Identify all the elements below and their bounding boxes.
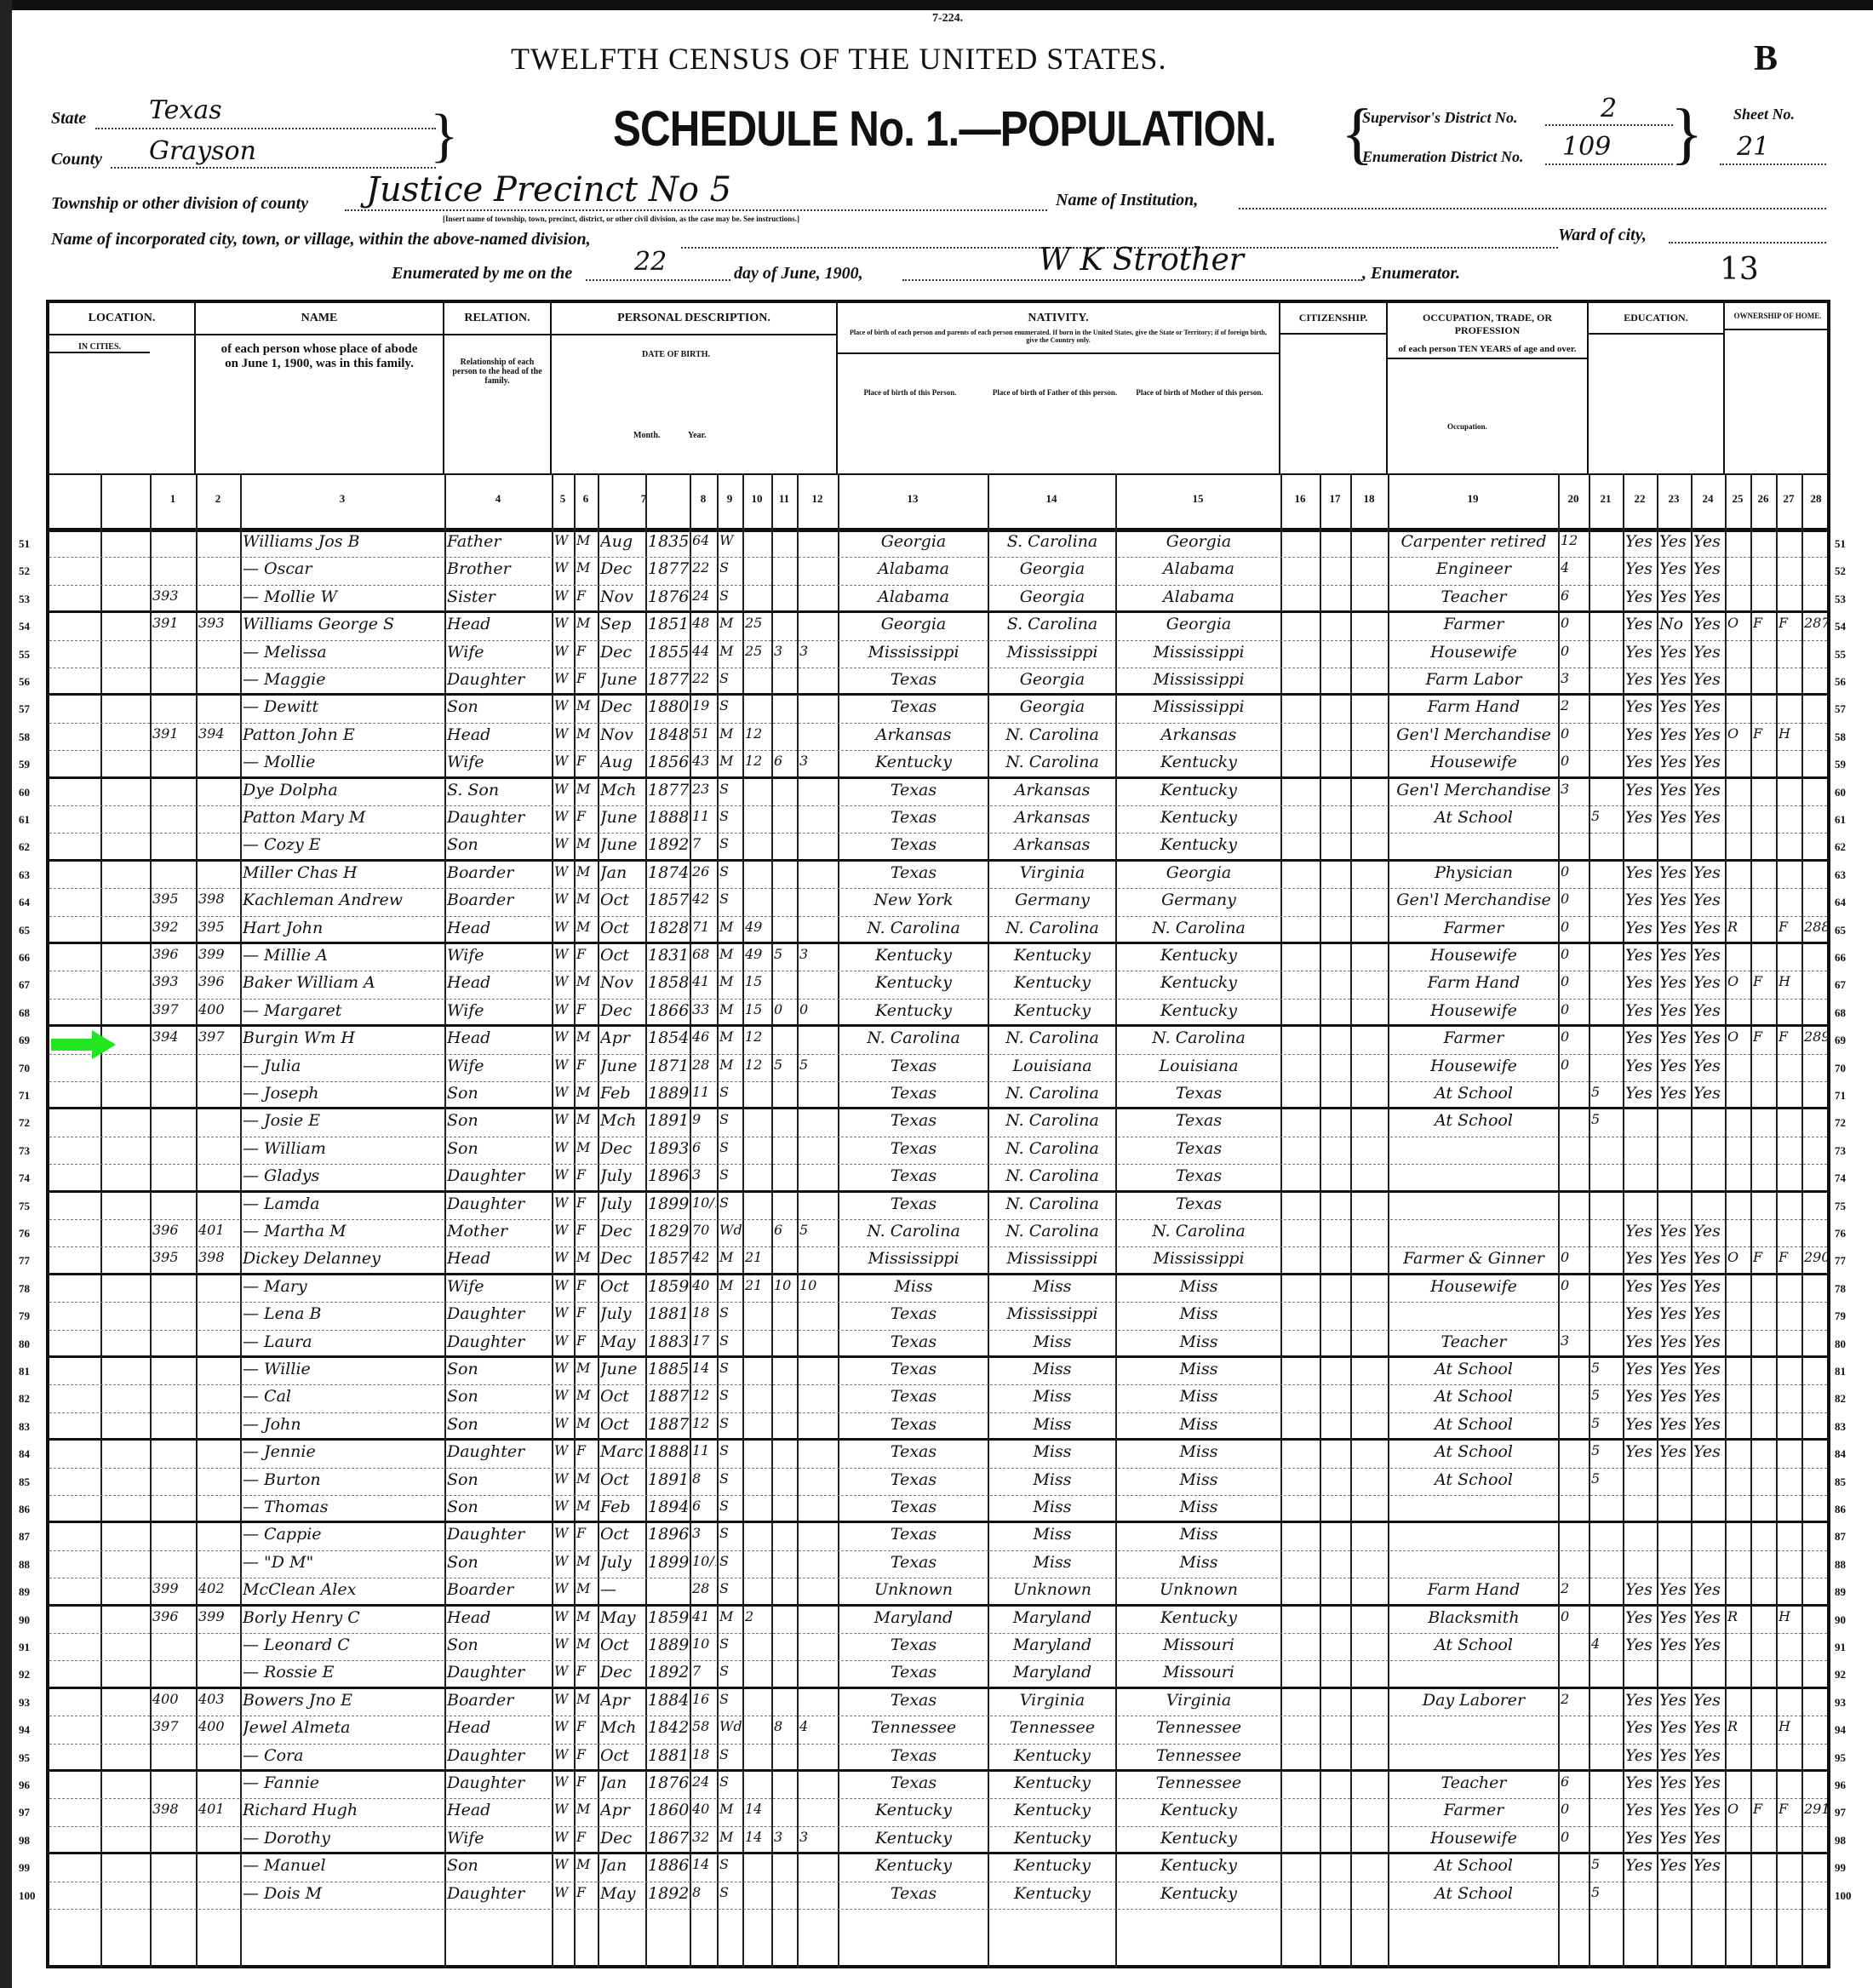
- line-number: 68: [1835, 1006, 1846, 1020]
- cell-year: 1894: [648, 1498, 689, 1516]
- line-number: 81: [19, 1365, 30, 1378]
- cell-months-unemp: 12: [1561, 532, 1588, 548]
- cell-schedule: 290: [1804, 1249, 1830, 1265]
- cell-color: W: [554, 1553, 573, 1569]
- cell-month: Apr: [600, 1691, 644, 1710]
- line-number: 69: [19, 1034, 30, 1047]
- line-number: 74: [19, 1172, 30, 1185]
- line-number: 60: [19, 786, 30, 799]
- schedule-title: SCHEDULE No. 1.—POPULATION.: [613, 100, 1276, 158]
- cell-sex: M: [576, 919, 597, 935]
- cell-write: Yes: [1659, 1222, 1690, 1240]
- cell-month: Feb: [600, 1498, 644, 1516]
- cell-mother-birth: Miss: [1118, 1332, 1280, 1351]
- cell-months-unemp: 0: [1561, 891, 1588, 907]
- cell-name: Williams Jos B: [243, 532, 444, 551]
- line-number: 97: [1835, 1806, 1846, 1819]
- line-number: 89: [19, 1585, 30, 1599]
- cell-month: Dec: [600, 1139, 644, 1158]
- cell-family: 398: [198, 891, 239, 907]
- cell-occupation: Physician: [1390, 863, 1557, 882]
- cell-read: Yes: [1625, 1580, 1656, 1599]
- cell-write: Yes: [1659, 1856, 1690, 1875]
- cell-sex: F: [576, 1773, 597, 1790]
- cell-birth: Texas: [840, 1663, 987, 1681]
- cell-month: Oct: [600, 1746, 644, 1765]
- cell-marital: M: [719, 1801, 742, 1817]
- cell-marital: M: [719, 1028, 742, 1045]
- cell-age: 9: [692, 1111, 716, 1127]
- cell-yrs-married: 14: [745, 1829, 770, 1845]
- cell-age: 8: [692, 1470, 716, 1487]
- cell-mother-birth: Mississippi: [1118, 1249, 1280, 1268]
- cell-read: Yes: [1625, 1028, 1656, 1047]
- cell-father-birth: Kentucky: [990, 1856, 1114, 1875]
- line-number: 89: [1835, 1585, 1846, 1599]
- cell-sex: M: [576, 1470, 597, 1487]
- cell-marital: S: [719, 670, 742, 686]
- cell-name: — Maggie: [243, 670, 444, 689]
- cell-month: Jan: [600, 1773, 644, 1792]
- cell-read: Yes: [1625, 1084, 1656, 1103]
- cell-occupation: At School: [1390, 1111, 1557, 1130]
- cell-read: Yes: [1625, 697, 1656, 716]
- cell-father-birth: N. Carolina: [990, 1111, 1114, 1130]
- cell-sex: M: [576, 1111, 597, 1127]
- cell-yrs-married: 25: [745, 615, 770, 631]
- cell-free: F: [1753, 973, 1775, 989]
- cell-english: Yes: [1693, 1773, 1724, 1792]
- cell-occupation: Housewife: [1390, 753, 1557, 771]
- table-row: — JohnSonWMOct188712STexasMissMissAt Sch…: [49, 1413, 1827, 1441]
- cell-birth: Texas: [840, 1111, 987, 1130]
- supervisor-value: 2: [1601, 94, 1617, 123]
- enumerator-label: , Enumerator.: [1362, 264, 1460, 284]
- line-number: 54: [1835, 620, 1846, 633]
- column-number: 9: [717, 492, 742, 506]
- cell-father-birth: Miss: [990, 1277, 1114, 1296]
- cell-write: Yes: [1659, 1691, 1690, 1710]
- cell-month: Oct: [600, 946, 644, 965]
- cell-mother-birth: Louisiana: [1118, 1057, 1280, 1075]
- cell-birth: Texas: [840, 1415, 987, 1434]
- cell-living: 3: [799, 753, 837, 769]
- cell-marital: M: [719, 1277, 742, 1293]
- cell-mother-birth: Georgia: [1118, 863, 1280, 882]
- table-row: — GladysDaughterWFJuly18963STexasN. Caro…: [49, 1165, 1827, 1192]
- cell-relation: Head: [447, 1608, 551, 1627]
- cell-farm: F: [1778, 1249, 1801, 1265]
- cell-name: — Lena B: [243, 1304, 444, 1323]
- cell-sex: F: [576, 643, 597, 659]
- cell-name: Hart John: [243, 919, 444, 937]
- cell-name: — Rossie E: [243, 1663, 444, 1681]
- line-number: 94: [1835, 1723, 1846, 1737]
- cell-month: June: [600, 808, 644, 827]
- cell-english: Yes: [1693, 1608, 1724, 1627]
- census-table: LOCATION. IN CITIES. NAME of each person…: [46, 300, 1830, 1968]
- cell-living: 3: [799, 946, 837, 962]
- cell-year: 1842: [648, 1718, 689, 1737]
- cell-mother-birth: Miss: [1118, 1525, 1280, 1544]
- cell-year: 1877: [648, 559, 689, 578]
- cell-relation: Son: [447, 1387, 551, 1406]
- cell-yrs-married: 49: [745, 946, 770, 962]
- cell-read: Yes: [1625, 1277, 1656, 1296]
- cell-write: Yes: [1659, 1442, 1690, 1461]
- cell-color: W: [554, 1166, 573, 1183]
- cell-month: June: [600, 1360, 644, 1378]
- cell-occupation: Housewife: [1390, 1829, 1557, 1848]
- cell-month: Oct: [600, 1525, 644, 1544]
- cell-english: Yes: [1693, 973, 1724, 992]
- cell-read: Yes: [1625, 532, 1656, 551]
- cell-occupation: Housewife: [1390, 946, 1557, 965]
- table-row: — CoraDaughterWFOct188118STexasKentuckyT…: [49, 1745, 1827, 1772]
- cell-occupation: Farmer: [1390, 919, 1557, 937]
- cell-month: Dec: [600, 1663, 644, 1681]
- cell-marital: S: [719, 1580, 742, 1596]
- cell-birth: Texas: [840, 1470, 987, 1489]
- cell-marital: S: [719, 1195, 742, 1211]
- cell-year: 1831: [648, 946, 689, 965]
- line-number: 51: [1835, 537, 1846, 551]
- cell-birth: Texas: [840, 835, 987, 854]
- cell-father-birth: N. Carolina: [990, 753, 1114, 771]
- cell-relation: Boarder: [447, 891, 551, 909]
- cell-occupation: Housewife: [1390, 1277, 1557, 1296]
- cell-name: — Manuel: [243, 1856, 444, 1875]
- column-number: 18: [1350, 492, 1388, 506]
- cell-english: Yes: [1693, 1360, 1724, 1378]
- cell-name: — Josie E: [243, 1111, 444, 1130]
- cell-school: 5: [1591, 1884, 1622, 1900]
- cell-birth: N. Carolina: [840, 1222, 987, 1240]
- cell-father-birth: Maryland: [990, 1636, 1114, 1654]
- city-label: Name of incorporated city, town, or vill…: [51, 230, 591, 249]
- cell-months-unemp: 0: [1561, 973, 1588, 989]
- column-number: 15: [1115, 492, 1280, 506]
- cell-free: F: [1753, 615, 1775, 631]
- cell-english: Yes: [1693, 1057, 1724, 1075]
- cell-year: 1857: [648, 891, 689, 909]
- cell-farm: F: [1778, 919, 1801, 935]
- cell-age: 14: [692, 1360, 716, 1376]
- cell-months-unemp: 3: [1561, 670, 1588, 686]
- cell-relation: Head: [447, 1801, 551, 1819]
- cell-age: 11: [692, 1084, 716, 1100]
- table-row: — DorothyWifeWFDec186732M1433KentuckyKen…: [49, 1827, 1827, 1854]
- line-number: 53: [1835, 593, 1846, 606]
- line-number: 52: [1835, 564, 1846, 578]
- cell-dwelling: 397: [152, 1718, 195, 1734]
- cell-months-unemp: 0: [1561, 946, 1588, 962]
- cell-write: Yes: [1659, 891, 1690, 909]
- cell-mother-birth: Alabama: [1118, 559, 1280, 578]
- table-row: — WillieSonWMJune188514STexasMissMissAt …: [49, 1358, 1827, 1385]
- column-number: 14: [988, 492, 1115, 506]
- cell-year: 1896: [648, 1525, 689, 1544]
- cell-birth: Texas: [840, 1498, 987, 1516]
- cell-read: Yes: [1625, 643, 1656, 662]
- cell-read: Yes: [1625, 891, 1656, 909]
- cell-month: Jan: [600, 1856, 644, 1875]
- cell-marital: S: [719, 891, 742, 907]
- cell-sex: M: [576, 863, 597, 879]
- cell-age: 7: [692, 1663, 716, 1679]
- cell-sex: M: [576, 725, 597, 742]
- cell-write: Yes: [1659, 1084, 1690, 1103]
- cell-color: W: [554, 1415, 573, 1431]
- cell-yrs-married: 15: [745, 1001, 770, 1017]
- table-row: 397400Jewel AlmetaHeadWFMch184258Wd84Ten…: [49, 1716, 1827, 1744]
- cell-year: 1858: [648, 973, 689, 992]
- cell-read: Yes: [1625, 808, 1656, 827]
- cell-year: 1860: [648, 1801, 689, 1819]
- cell-father-birth: N. Carolina: [990, 1222, 1114, 1240]
- cell-year: 1892: [648, 835, 689, 854]
- cell-year: 1892: [648, 1884, 689, 1903]
- column-number: 19: [1388, 492, 1558, 506]
- table-row: — OscarBrotherWMDec187722SAlabamaGeorgia…: [49, 558, 1827, 585]
- cell-mother-birth: Tennessee: [1118, 1718, 1280, 1737]
- cell-month: Oct: [600, 1387, 644, 1406]
- cell-color: W: [554, 1773, 573, 1790]
- line-number: 63: [1835, 868, 1846, 882]
- cell-write: Yes: [1659, 1746, 1690, 1765]
- cell-name: — Lamda: [243, 1195, 444, 1213]
- cell-school: 5: [1591, 1470, 1622, 1487]
- cell-name: — "D M": [243, 1553, 444, 1572]
- cell-age: 24: [692, 1773, 716, 1790]
- table-row: 396401— Martha MMotherWFDec182970Wd65N. …: [49, 1220, 1827, 1247]
- table-row: — Cozy ESonWMJune18927STexasArkansasKent…: [49, 834, 1827, 861]
- cell-yrs-married: 21: [745, 1277, 770, 1293]
- cell-birth: Arkansas: [840, 725, 987, 744]
- cell-sex: F: [576, 1057, 597, 1073]
- cell-schedule: 287: [1804, 615, 1830, 631]
- cell-english: Yes: [1693, 532, 1724, 551]
- cell-marital: S: [719, 1332, 742, 1349]
- cell-year: 1899: [648, 1195, 689, 1213]
- census-title: TWELFTH CENSUS OF THE UNITED STATES.: [511, 41, 1166, 77]
- cell-father-birth: S. Carolina: [990, 532, 1114, 551]
- cell-english: Yes: [1693, 559, 1724, 578]
- line-number: 68: [19, 1006, 30, 1020]
- cell-yrs-married: 49: [745, 919, 770, 935]
- sheet-line: [1720, 163, 1826, 165]
- cell-sex: M: [576, 697, 597, 713]
- cell-month: Oct: [600, 1636, 644, 1654]
- cell-relation: Daughter: [447, 1773, 551, 1792]
- cell-sex: M: [576, 1360, 597, 1376]
- cell-age: 64: [692, 532, 716, 548]
- table-row: Patton Mary MDaughterWFJune188811STexasA…: [49, 806, 1827, 834]
- cell-sex: M: [576, 1415, 597, 1431]
- cell-relation: Son: [447, 1636, 551, 1654]
- cell-year: 1876: [648, 587, 689, 606]
- cell-name: — Dois M: [243, 1884, 444, 1903]
- cell-mother-birth: Kentucky: [1118, 1801, 1280, 1819]
- cell-mother-birth: Miss: [1118, 1470, 1280, 1489]
- cell-name: — Cappie: [243, 1525, 444, 1544]
- cell-name: — Cal: [243, 1387, 444, 1406]
- cell-color: W: [554, 1718, 573, 1734]
- table-row: 391393Williams George SHeadWMSep185148M2…: [49, 613, 1827, 640]
- column-number: 10: [742, 492, 771, 506]
- cell-name: Bowers Jno E: [243, 1691, 444, 1710]
- cell-year: 1859: [648, 1277, 689, 1296]
- cell-marital: S: [719, 697, 742, 713]
- cell-birth: Texas: [840, 1691, 987, 1710]
- cell-month: Oct: [600, 1415, 644, 1434]
- cell-month: Aug: [600, 532, 644, 551]
- cell-sex: F: [576, 1277, 597, 1293]
- table-row: 393396Baker William AHeadWMNov185841M15K…: [49, 971, 1827, 999]
- cell-name: — Dorothy: [243, 1829, 444, 1848]
- line-number: 81: [1835, 1365, 1846, 1378]
- cell-mother-birth: Miss: [1118, 1387, 1280, 1406]
- cell-month: Oct: [600, 919, 644, 937]
- cell-farm: F: [1778, 1801, 1801, 1817]
- cell-mother-birth: Germany: [1118, 891, 1280, 909]
- cell-father-birth: Kentucky: [990, 1884, 1114, 1903]
- cell-birth: Texas: [840, 863, 987, 882]
- enumerated-label: Enumerated by me on the: [392, 264, 572, 284]
- line-number: 98: [1835, 1834, 1846, 1848]
- enumerator-name: W K Strother: [1039, 243, 1244, 278]
- cell-father-birth: Miss: [990, 1332, 1114, 1351]
- cell-name: — William: [243, 1139, 444, 1158]
- cell-sex: F: [576, 1332, 597, 1349]
- cell-color: W: [554, 753, 573, 769]
- cell-sex: F: [576, 1304, 597, 1321]
- line-number: 88: [1835, 1558, 1846, 1572]
- line-number: 58: [1835, 730, 1846, 744]
- cell-sex: F: [576, 1442, 597, 1458]
- column-number: 7: [598, 492, 690, 506]
- cell-color: W: [554, 1111, 573, 1127]
- cell-father-birth: Kentucky: [990, 1773, 1114, 1792]
- cell-occupation: Farmer: [1390, 615, 1557, 633]
- cell-english: Yes: [1693, 1580, 1724, 1599]
- cell-mother-of: 8: [774, 1718, 796, 1734]
- cell-color: W: [554, 1691, 573, 1707]
- cell-father-birth: Louisiana: [990, 1057, 1114, 1075]
- cell-age: 40: [692, 1801, 716, 1817]
- cell-father-birth: Virginia: [990, 863, 1114, 882]
- cell-family: 393: [198, 615, 239, 631]
- cell-write: Yes: [1659, 781, 1690, 799]
- cell-relation: Head: [447, 1028, 551, 1047]
- cell-family: 396: [198, 973, 239, 989]
- cell-age: 28: [692, 1580, 716, 1596]
- cell-color: W: [554, 1387, 573, 1403]
- cell-dwelling: 395: [152, 891, 195, 907]
- cell-school: 5: [1591, 1084, 1622, 1100]
- line-number: 82: [1835, 1392, 1846, 1406]
- cell-english: Yes: [1693, 1001, 1724, 1020]
- cell-write: Yes: [1659, 1028, 1690, 1047]
- cell-dwelling: 392: [152, 919, 195, 935]
- cell-birth: Kentucky: [840, 1001, 987, 1020]
- cell-age: 6: [692, 1139, 716, 1155]
- cell-month: Aug: [600, 753, 644, 771]
- cell-english: Yes: [1693, 919, 1724, 937]
- header-ownership: OWNERSHIP OF HOME.: [1725, 303, 1830, 473]
- cell-birth: Kentucky: [840, 973, 987, 992]
- cell-year: 1859: [648, 1608, 689, 1627]
- cell-name: Jewel Almeta: [243, 1718, 444, 1737]
- cell-mother-birth: N. Carolina: [1118, 1222, 1280, 1240]
- cell-write: Yes: [1659, 1332, 1690, 1351]
- cell-color: W: [554, 532, 573, 548]
- cell-free: F: [1753, 1249, 1775, 1265]
- cell-father-birth: Georgia: [990, 670, 1114, 689]
- cell-relation: Daughter: [447, 670, 551, 689]
- line-number: 90: [1835, 1613, 1846, 1627]
- cell-write: Yes: [1659, 1304, 1690, 1323]
- cell-father-birth: Kentucky: [990, 1001, 1114, 1020]
- cell-english: Yes: [1693, 753, 1724, 771]
- cell-write: Yes: [1659, 1415, 1690, 1434]
- cell-read: Yes: [1625, 1746, 1656, 1765]
- column-number: 5: [552, 492, 574, 506]
- cell-birth: Unknown: [840, 1580, 987, 1599]
- cell-year: 1880: [648, 697, 689, 716]
- cell-school: 5: [1591, 1442, 1622, 1458]
- cell-birth: Mississippi: [840, 1249, 987, 1268]
- cell-school: 5: [1591, 1387, 1622, 1403]
- cell-family: 398: [198, 1249, 239, 1265]
- enumerated-day: 22: [634, 247, 667, 277]
- cell-months-unemp: 0: [1561, 919, 1588, 935]
- cell-write: Yes: [1659, 697, 1690, 716]
- cell-english: Yes: [1693, 808, 1724, 827]
- cell-read: Yes: [1625, 1608, 1656, 1627]
- enumeration-label: Enumeration District No.: [1362, 148, 1524, 166]
- cell-age: 16: [692, 1691, 716, 1707]
- cell-month: Oct: [600, 891, 644, 909]
- cell-read: Yes: [1625, 1360, 1656, 1378]
- table-row: 392395Hart JohnHeadWMOct182871M49N. Caro…: [49, 917, 1827, 944]
- cell-color: W: [554, 1856, 573, 1872]
- table-row: 398401Richard HughHeadWMApr186040M14Kent…: [49, 1799, 1827, 1826]
- cell-relation: Wife: [447, 1057, 551, 1075]
- cell-schedule: 288: [1804, 919, 1830, 935]
- cell-write: Yes: [1659, 670, 1690, 689]
- cell-months-unemp: 2: [1561, 697, 1588, 713]
- cell-mother-birth: Miss: [1118, 1498, 1280, 1516]
- table-row: — FannieDaughterWFJan187624STexasKentuck…: [49, 1772, 1827, 1799]
- cell-year: 1889: [648, 1636, 689, 1654]
- cell-father-birth: Kentucky: [990, 1746, 1114, 1765]
- cell-sex: M: [576, 781, 597, 797]
- line-number: 76: [1835, 1227, 1846, 1240]
- table-row: 397400— MargaretWifeWFDec186633M1500Kent…: [49, 1000, 1827, 1027]
- table-row: 395398Dickey DelanneyHeadWMDec185742M21M…: [49, 1247, 1827, 1275]
- cell-age: 24: [692, 587, 716, 604]
- cell-months-unemp: 0: [1561, 615, 1588, 631]
- cell-month: March: [600, 1442, 644, 1461]
- cell-father-birth: N. Carolina: [990, 1139, 1114, 1158]
- cell-mother-of: 5: [774, 1057, 796, 1073]
- cell-month: Nov: [600, 725, 644, 744]
- cell-month: Sep: [600, 615, 644, 633]
- cell-mother-birth: Miss: [1118, 1360, 1280, 1378]
- cell-age: 23: [692, 781, 716, 797]
- cell-dwelling: 396: [152, 1608, 195, 1624]
